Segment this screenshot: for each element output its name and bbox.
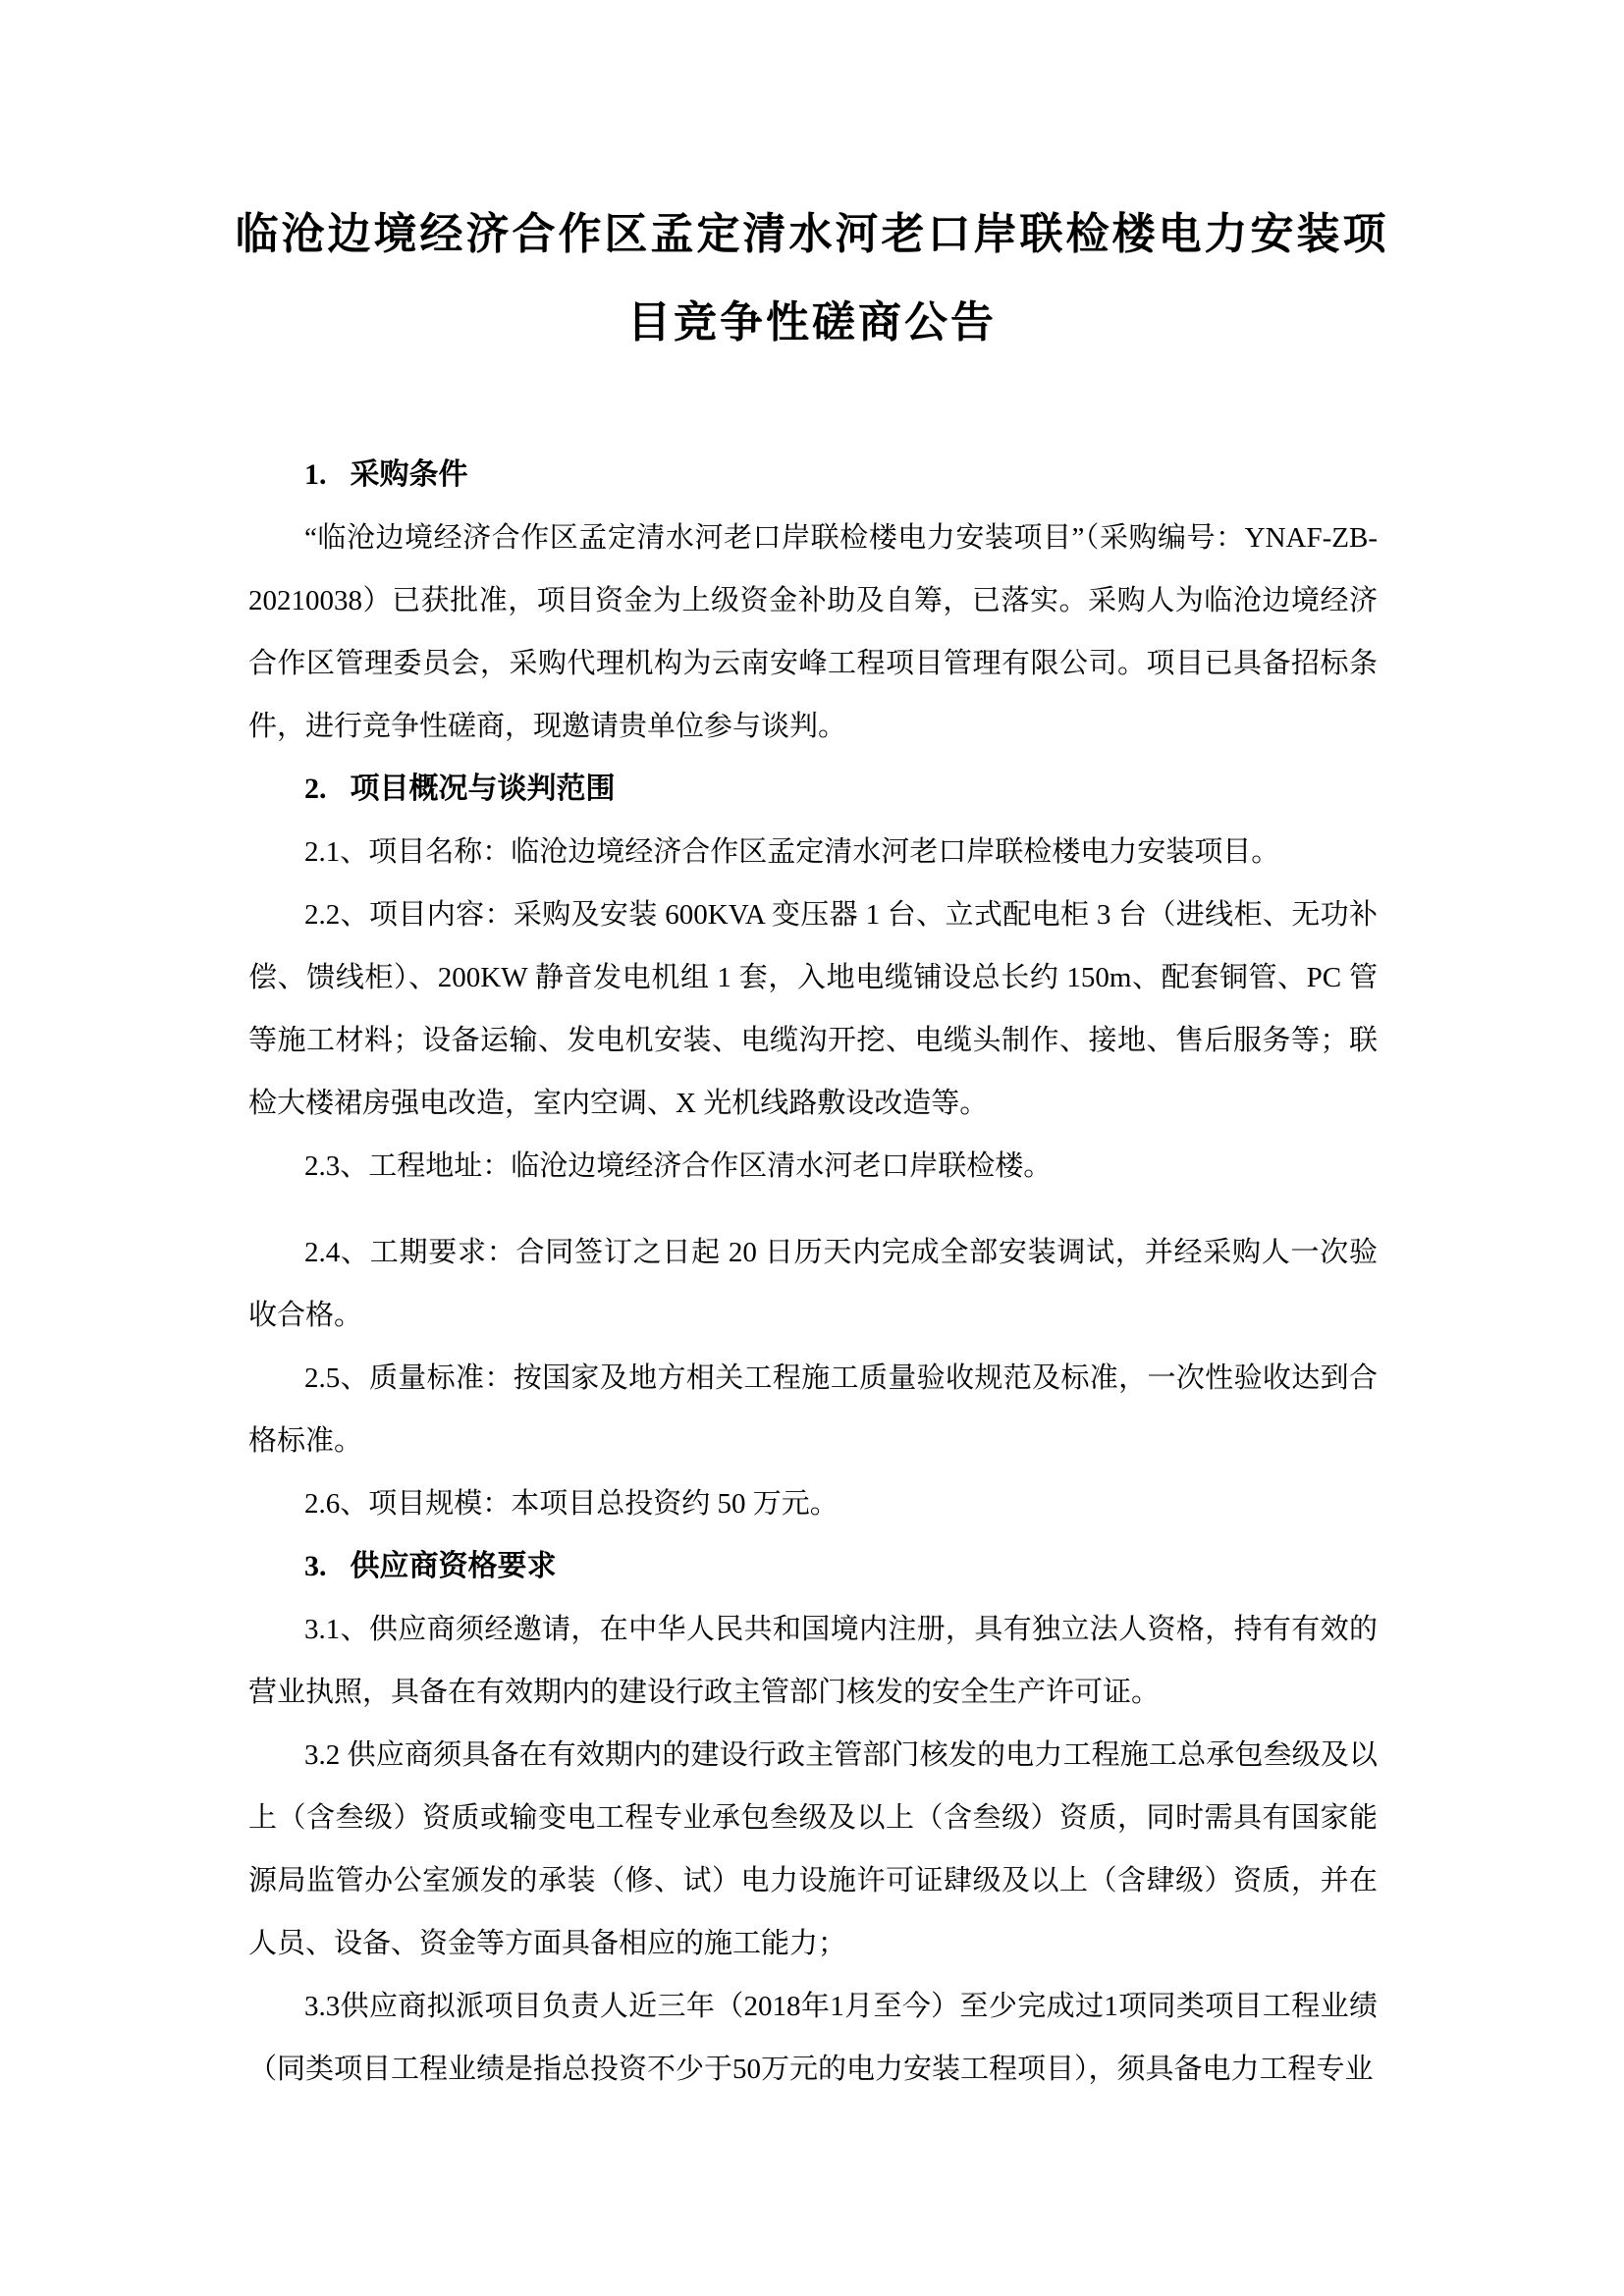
section-heading-number: 3. — [304, 1550, 327, 1582]
section-heading: 1.采购条件 — [248, 444, 1378, 507]
document-title-line2: 目竞争性磋商公告 — [0, 279, 1624, 367]
document-body: 1.采购条件“临沧边境经济合作区孟定清水河老口岸联检楼电力安装项目”（采购编号：… — [248, 444, 1378, 2101]
paragraph: 3.1、供应商须经邀请，在中华人民共和国境内注册，具有独立法人资格，持有有效的营… — [248, 1598, 1378, 1724]
section-heading-label: 采购条件 — [351, 458, 468, 491]
page: 临沧边境经济合作区孟定清水河老口岸联检楼电力安装项 目竞争性磋商公告 1.采购条… — [0, 0, 1624, 2296]
paragraph: 2.3、工程地址：临沧边境经济合作区清水河老口岸联检楼。 — [248, 1135, 1378, 1198]
paragraph: 2.2、项目内容：采购及安装 600KVA 变压器 1 台、立式配电柜 3 台（… — [248, 883, 1378, 1135]
paragraph: 2.5、质量标准：按国家及地方相关工程施工质量验收规范及标准，一次性验收达到合格… — [248, 1347, 1378, 1472]
paragraph: 2.4、工期要求：合同签订之日起 20 日历天内完成全部安装调试，并经采购人一次… — [248, 1221, 1378, 1347]
section-heading-number: 1. — [304, 458, 327, 491]
document-title-line1: 临沧边境经济合作区孟定清水河老口岸联检楼电力安装项 — [0, 190, 1624, 279]
paragraph: “临沧边境经济合作区孟定清水河老口岸联检楼电力安装项目”（采购编号：YNAF-Z… — [248, 507, 1378, 758]
section-heading: 2.项目概况与谈判范围 — [248, 758, 1378, 821]
paragraph: 2.1、项目名称：临沧边境经济合作区孟定清水河老口岸联检楼电力安装项目。 — [248, 821, 1378, 883]
section-heading-number: 2. — [304, 773, 327, 805]
section-heading-label: 项目概况与谈判范围 — [351, 773, 616, 805]
section-heading-label: 供应商资格要求 — [351, 1550, 557, 1582]
section-heading: 3.供应商资格要求 — [248, 1535, 1378, 1598]
document-title: 临沧边境经济合作区孟定清水河老口岸联检楼电力安装项 目竞争性磋商公告 — [0, 0, 1624, 367]
paragraph: 3.3供应商拟派项目负责人近三年（2018年1月至今）至少完成过1项同类项目工程… — [248, 1975, 1378, 2101]
paragraph: 2.6、项目规模：本项目总投资约 50 万元。 — [248, 1472, 1378, 1535]
paragraph: 3.2 供应商须具备在有效期内的建设行政主管部门核发的电力工程施工总承包叁级及以… — [248, 1724, 1378, 1975]
